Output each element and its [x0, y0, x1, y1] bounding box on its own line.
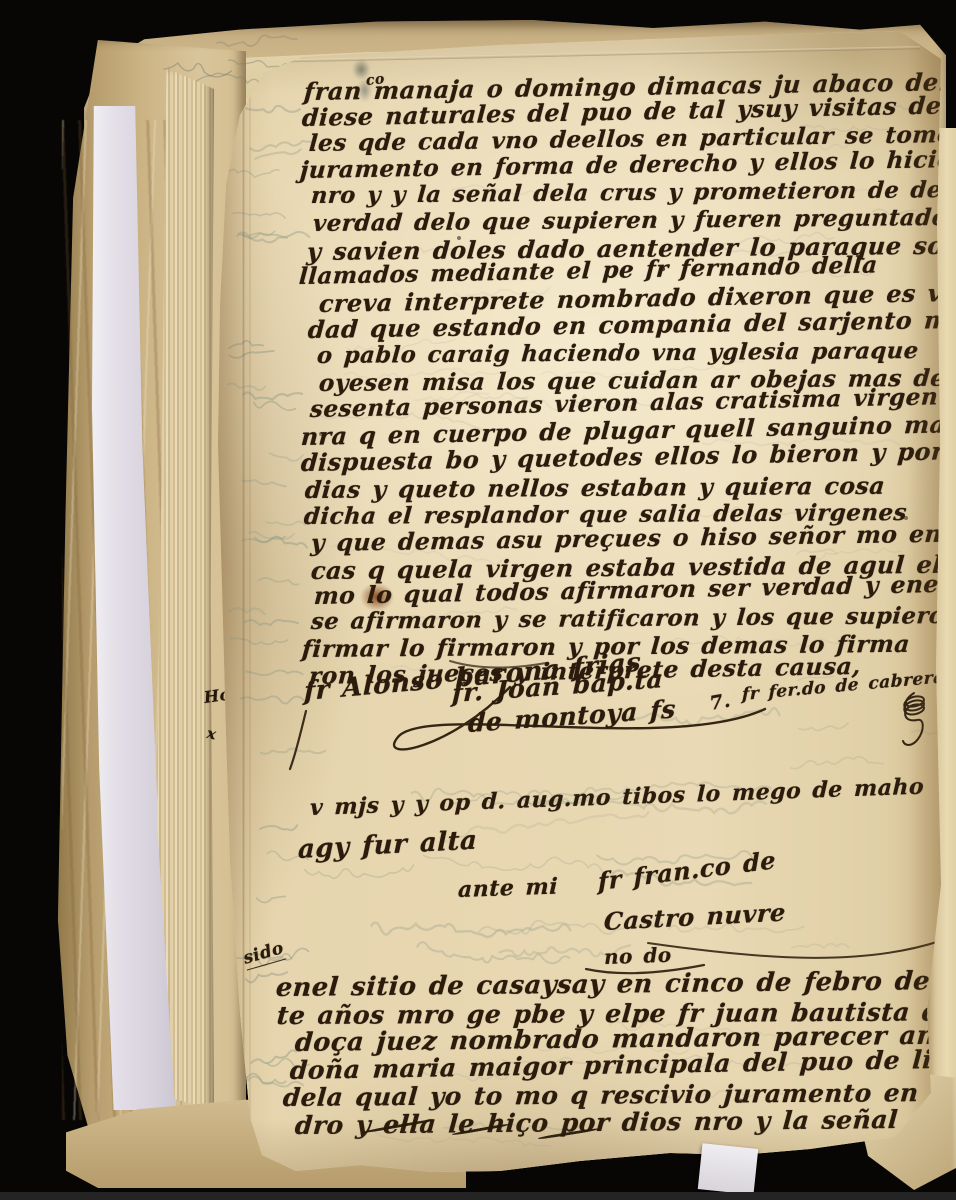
notary-signature-line3: no do [604, 943, 672, 969]
scan-edge [0, 1192, 956, 1200]
manuscript-page: co fran manaja o domingo dimacas ju abac… [200, 25, 945, 1177]
notary-signature-line2: Castro nuvre [603, 897, 786, 936]
manuscript-line: o pablo caraig haciendo vna yglesia para… [316, 338, 920, 369]
paper-tab [698, 1143, 759, 1195]
manuscript-line: se afirmaron y se ratificaron y los que … [310, 603, 956, 635]
fly-specks [200, 25, 202, 27]
book-photo: Ho x co fran manaja o domingo dimacas ju… [0, 0, 956, 1200]
ante-mi-label: ante mi [458, 873, 559, 903]
margin-note-sido: sido [241, 938, 287, 971]
signature-cabrera-prefix: 7. [708, 690, 732, 715]
notary-signature-line1: fr fran.co de [598, 845, 776, 896]
fold-crease [242, 55, 245, 1155]
decree-line-2: agy fur alta [298, 826, 478, 865]
fold-crease [249, 65, 251, 1150]
decree-line-1: v mjs y y op d. aug.mo tibos lo mego de … [310, 774, 925, 821]
